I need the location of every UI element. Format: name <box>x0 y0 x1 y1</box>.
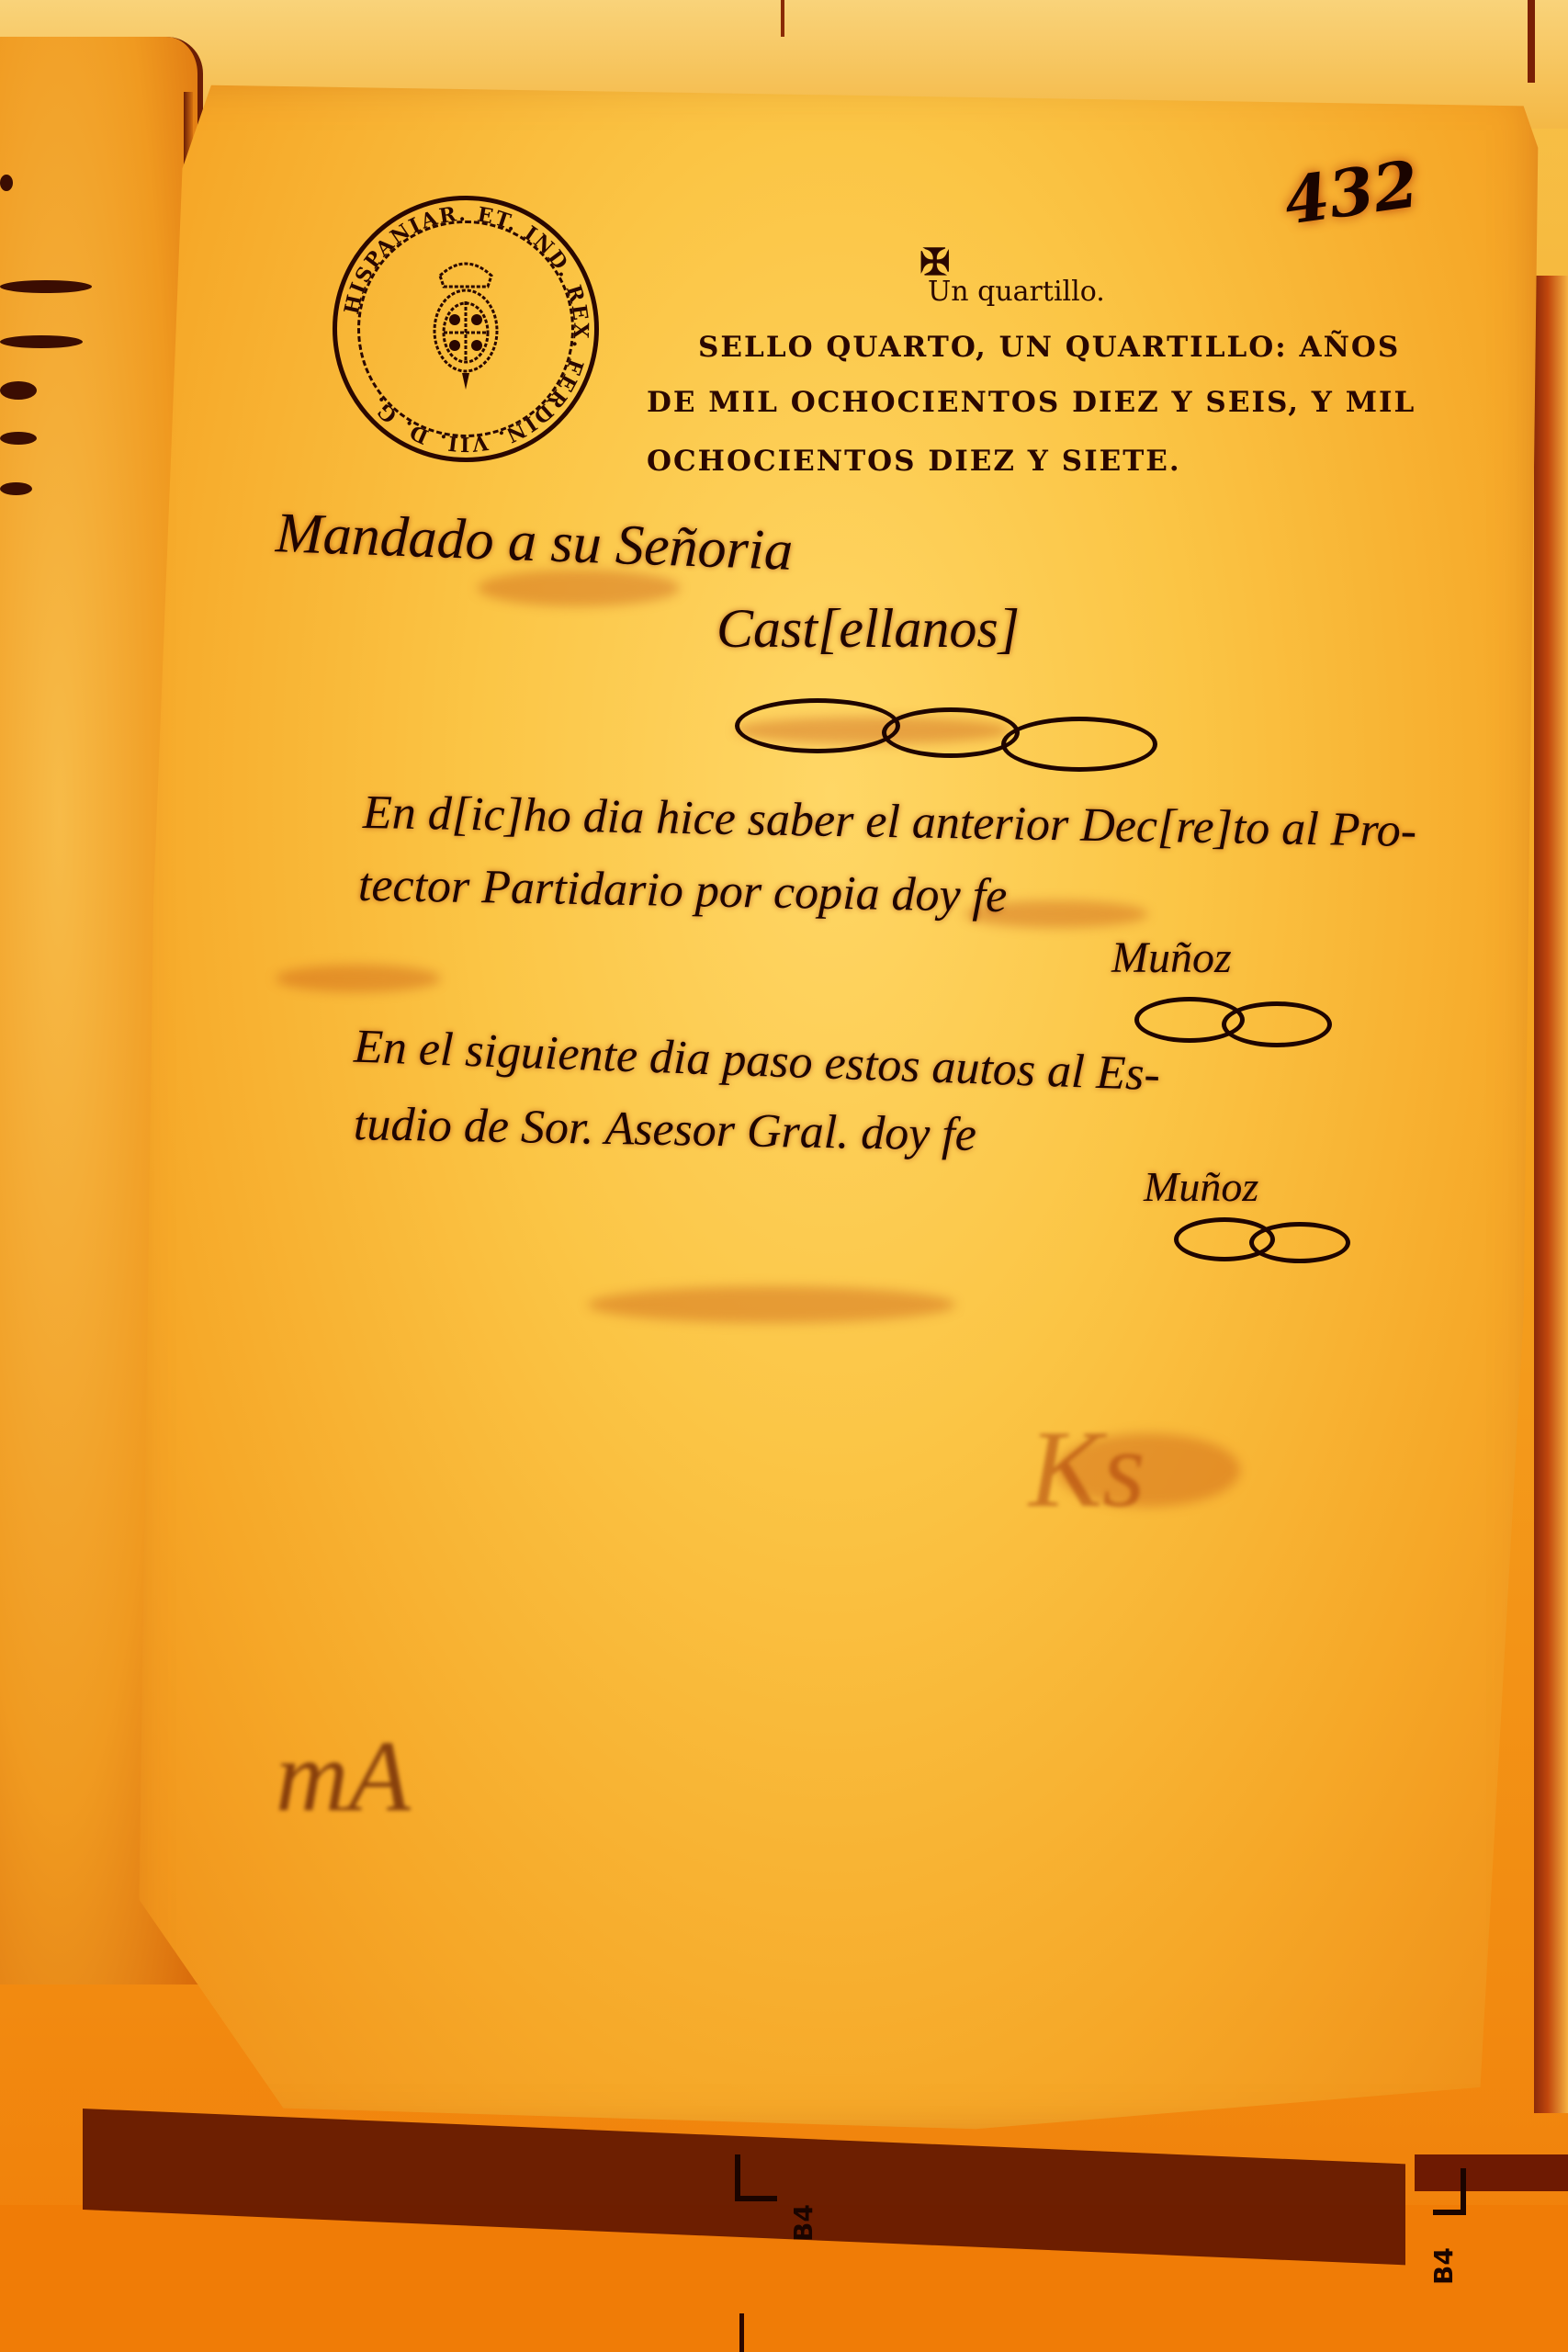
crop-corner-mark <box>1433 2168 1466 2215</box>
signature-rubric-icon <box>882 707 1020 758</box>
archive-label-right: B4 <box>1428 2247 1459 2285</box>
page-edge-right <box>1534 276 1568 2113</box>
crop-corner-mark <box>735 2154 777 2201</box>
ink-fragment <box>0 175 13 191</box>
stamp-line-2: DE MIL OCHOCIENTOS DIEZ Y SEIS, Y MIL <box>647 386 1416 419</box>
crowned-royal-arms-icon <box>427 255 504 393</box>
royal-seal: HISPANIAR. ET. IND. REX. FERDIN. VII. D.… <box>333 196 599 462</box>
signature-rubric-icon <box>1249 1222 1350 1263</box>
stamp-line-3: OCHOCIENTOS DIEZ Y SIETE. <box>647 445 1181 478</box>
signature-rubric-icon <box>735 698 900 753</box>
signature-rubric-icon <box>1222 1001 1332 1047</box>
signature-rubric-icon <box>1001 717 1157 772</box>
ink-fragment <box>0 381 37 400</box>
stamp-line-1: SELLO QUARTO, UN QUARTILLO: AÑOS <box>698 331 1400 364</box>
bleed-through-mark: Ks <box>1029 1406 1145 1532</box>
stain <box>588 1286 955 1323</box>
ink-fragment <box>0 432 37 445</box>
entry-3-line-2: tudio de Sor. Asesor Gral. doy fe <box>354 1097 977 1162</box>
ink-fragment <box>0 335 83 348</box>
frame-mark-right <box>1528 0 1535 83</box>
crop-tick-mark <box>739 2313 744 2352</box>
stain <box>276 965 441 992</box>
ink-fragment <box>0 482 32 495</box>
archive-label-left: B4 <box>788 2204 818 2242</box>
bleed-through-mark: mA <box>276 1718 411 1835</box>
stamp-denomination: Un quartillo. <box>928 276 1105 308</box>
entry-1-signature: Cast[ellanos] <box>716 597 1020 661</box>
entry-2-line-2: tector Partidario por copia doy fe <box>358 858 1008 923</box>
entry-2-signature: Muñoz <box>1111 933 1232 983</box>
entry-3-signature: Muñoz <box>1144 1162 1258 1211</box>
frame-mark-top <box>781 0 784 37</box>
ink-fragment <box>0 280 92 293</box>
